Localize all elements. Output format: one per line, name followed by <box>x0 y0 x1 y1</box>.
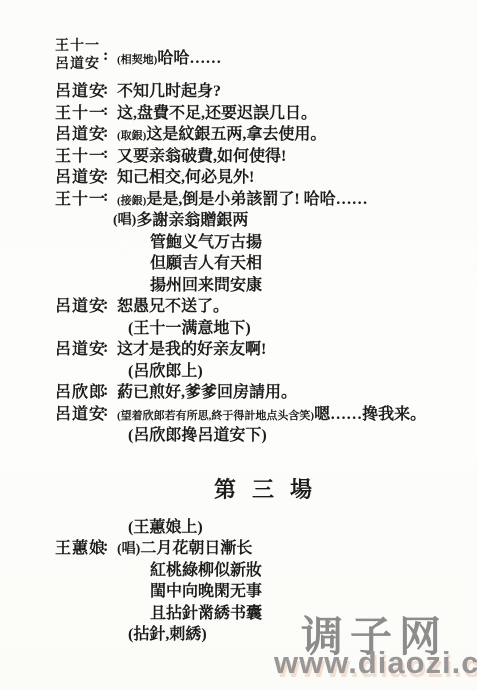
stage-direction-line: (王蕙娘上) <box>0 515 477 537</box>
stage-direction-inline: (相契地) <box>117 54 157 66</box>
chant-marker: (唱) <box>113 209 136 229</box>
verse-text: 多謝亲翁贈銀两 <box>136 207 248 230</box>
stage-direction-line: (拈針,刺綉) <box>0 622 477 644</box>
speaker-colon: : <box>103 167 117 185</box>
stage-direction-text: (呂欣郎上) <box>128 358 203 381</box>
speaker-name: 呂道安 <box>55 293 103 316</box>
dialogue-text: 又要亲翁破費,如何使得! <box>117 143 286 166</box>
verse-text: 紅桃綠柳似新妝 <box>150 557 262 580</box>
dialogue-text: (取銀)这是紋銀五两,拿去使用。 <box>117 121 326 144</box>
dialogue-line: 王十一:(接銀)是是,倒是小弟該罰了! 哈哈…… <box>0 187 477 209</box>
dual-speaker-group: 王十一呂道安 <box>55 38 103 74</box>
speaker-name: 王蕙娘 <box>55 535 103 558</box>
verse-line: 揚州回来問安康 <box>0 273 477 295</box>
dialogue-line: 王十一:这,盘費不足,还要迟誤几日。 <box>0 101 477 123</box>
speaker-colon: : <box>103 296 117 314</box>
dialogue-text: (接銀)是是,倒是小弟該罰了! 哈哈…… <box>117 186 368 209</box>
scene-heading: 第三場 <box>214 477 477 503</box>
dialogue-line: 王十一呂道安:(相契地)哈哈…… <box>0 37 477 75</box>
stage-direction-line: (呂欣郎搀呂道安下) <box>0 423 477 445</box>
dialogue-line: 呂道安:不知几时起身? <box>0 79 477 101</box>
speaker-colon: : <box>103 188 117 206</box>
verse-text: 閨中向晚閑无事 <box>150 578 262 601</box>
speaker-colon: : <box>103 124 117 142</box>
verse-text: 管鮑义气万古揚 <box>150 229 262 252</box>
dialogue-text: 知己相交,何必見外! <box>117 164 254 187</box>
verse-line: (唱)多謝亲翁贈銀两 <box>0 208 477 230</box>
dialogue-text: 这才是我的好亲友啊! <box>117 336 266 359</box>
verse-text: 且拈針黹綉书囊 <box>150 600 262 623</box>
speaker-name: 呂道安 <box>55 78 103 101</box>
speaker-colon: : <box>103 102 117 120</box>
verse-line: 閨中向晚閑无事 <box>0 579 477 601</box>
script-page: 王十一呂道安:(相契地)哈哈……呂道安:不知几时起身?王十一:这,盘費不足,还要… <box>0 0 477 690</box>
stage-direction-line: (王十一满意地下) <box>0 316 477 338</box>
dialogue-line: 呂道安:知己相交,何必見外! <box>0 165 477 187</box>
dialogue-line: 呂道安:(取銀)这是紋銀五两,拿去使用。 <box>0 122 477 144</box>
stage-direction-inline: (望着欣郎若有所思,終于得計地点头含笑) <box>117 410 314 422</box>
speaker-name: 呂道安 <box>55 336 103 359</box>
dialogue-line: 呂道安:这才是我的好亲友啊! <box>0 337 477 359</box>
dialogue-line: 呂欣郎:葯已煎好,爹爹回房請用。 <box>0 380 477 402</box>
speaker-name: 王十一 <box>55 143 103 166</box>
verse-text: 但願吉人有天相 <box>150 250 262 273</box>
dialogue-text: 不知几时起身? <box>117 78 221 101</box>
dialogue-text: 恕愚兄不送了。 <box>117 293 229 316</box>
stage-direction-text: (王十一满意地下) <box>128 315 251 338</box>
verse-text: (唱)二月花朝日漸长 <box>117 535 252 558</box>
verse-line: 王蕙娘:(唱)二月花朝日漸长 <box>0 536 477 558</box>
dialogue-line: 王十一:又要亲翁破費,如何使得! <box>0 144 477 166</box>
stage-direction-inline: (接銀) <box>117 195 146 207</box>
speaker-colon: : <box>103 145 117 163</box>
speaker-name: 呂道安 <box>55 56 103 74</box>
speaker-colon: : <box>103 382 117 400</box>
verse-line: 管鮑义气万古揚 <box>0 230 477 252</box>
speaker-colon: : <box>103 81 117 99</box>
speaker-name: 呂道安 <box>55 401 103 424</box>
watermark-url: www.diaozi.com <box>274 645 477 681</box>
speaker-name: 王十一 <box>55 38 103 56</box>
verse-text: 揚州回来問安康 <box>150 272 262 295</box>
script-body: 王十一呂道安:(相契地)哈哈……呂道安:不知几时起身?王十一:这,盘費不足,还要… <box>0 0 477 644</box>
speaker-colon: : <box>103 403 117 421</box>
stage-direction-text: (拈針,刺綉) <box>128 621 207 644</box>
stage-direction-line: (呂欣郎上) <box>0 359 477 381</box>
dialogue-text: 这,盘費不足,还要迟誤几日。 <box>117 100 317 123</box>
speaker-name: 王十一 <box>55 186 103 209</box>
verse-line: 紅桃綠柳似新妝 <box>0 558 477 580</box>
dialogue-text: (相契地)哈哈…… <box>117 45 221 68</box>
chant-marker: (唱) <box>117 542 140 557</box>
stage-direction-inline: (取銀) <box>117 130 146 142</box>
dialogue-line: 呂道安:恕愚兄不送了。 <box>0 294 477 316</box>
speaker-colon: : <box>103 47 117 65</box>
speaker-name: 呂道安 <box>55 164 103 187</box>
speaker-colon: : <box>103 538 117 556</box>
verse-line: 但願吉人有天相 <box>0 251 477 273</box>
speaker-name: 呂欣郎 <box>55 379 103 402</box>
speaker-name: 王十一 <box>55 100 103 123</box>
dialogue-text: (望着欣郎若有所思,終于得計地点头含笑)嗯……搀我来。 <box>117 401 426 424</box>
stage-direction-text: (王蕙娘上) <box>128 514 203 537</box>
dialogue-line: 呂道安:(望着欣郎若有所思,終于得計地点头含笑)嗯……搀我来。 <box>0 402 477 424</box>
speaker-name: 呂道安 <box>55 121 103 144</box>
stage-direction-text: (呂欣郎搀呂道安下) <box>128 422 267 445</box>
verse-line: 且拈針黹綉书囊 <box>0 601 477 623</box>
dialogue-text: 葯已煎好,爹爹回房請用。 <box>117 379 297 402</box>
speaker-colon: : <box>103 339 117 357</box>
